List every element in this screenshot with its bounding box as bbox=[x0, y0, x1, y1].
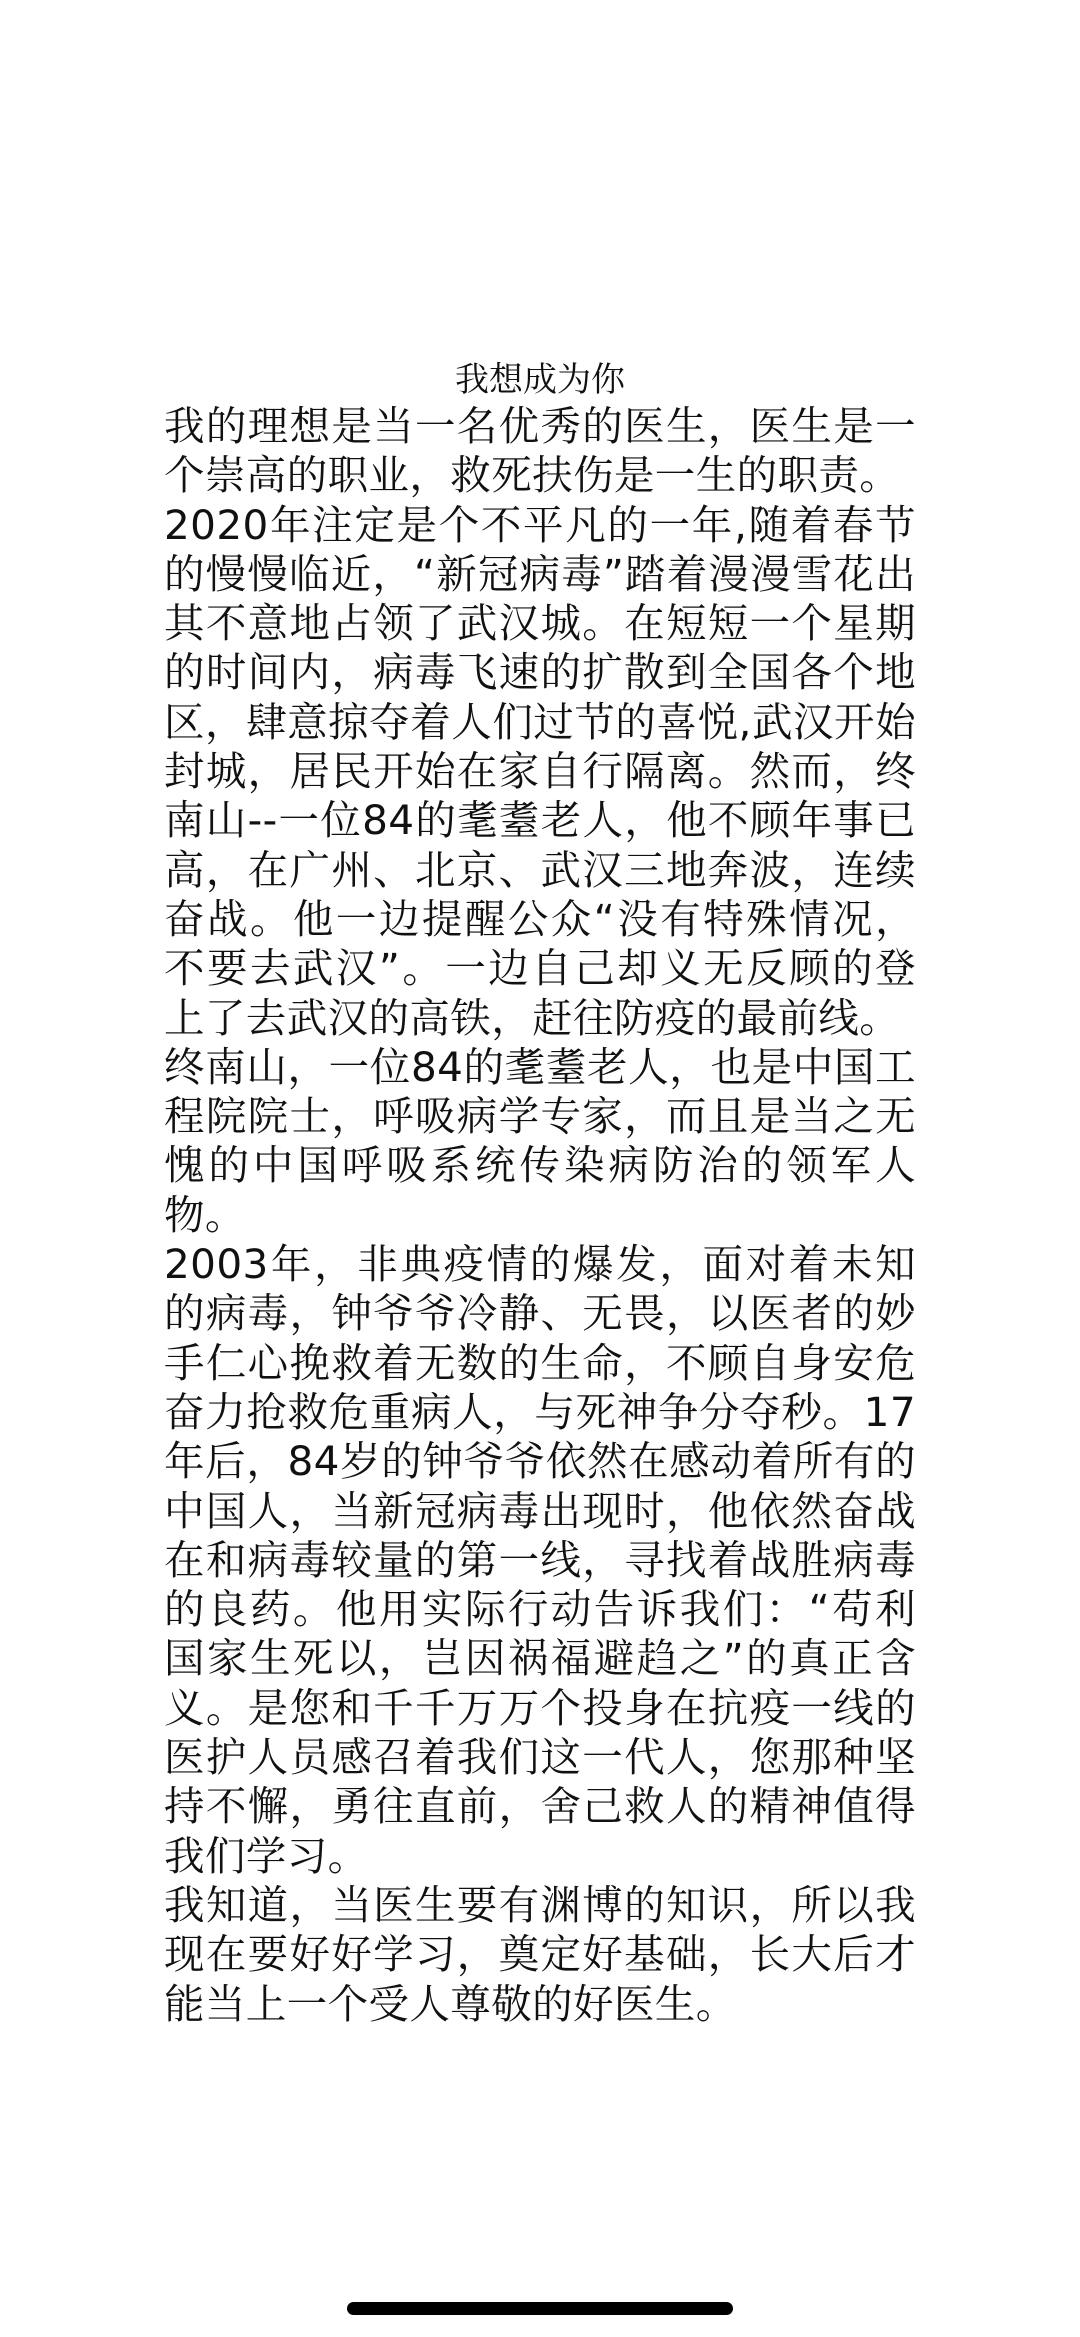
paragraph-2020-outbreak: 2020年注定是个不平凡的一年,随着春节的慢慢临近，“新冠病毒”踏着漫漫雪花出其… bbox=[164, 501, 916, 1043]
home-indicator[interactable] bbox=[347, 2302, 733, 2315]
paragraph-ideal: 我的理想是当一名优秀的医生，医生是一个崇高的职业，救死扶伤是一生的职责。 bbox=[164, 402, 916, 501]
essay-title: 我想成为你 bbox=[164, 358, 916, 402]
paragraph-conclusion: 我知道，当医生要有渊博的知识，所以我现在要好好学习，奠定好基础，长大后才能当上一… bbox=[164, 1881, 916, 2029]
essay-document: 我想成为你 我的理想是当一名优秀的医生，医生是一个崇高的职业，救死扶伤是一生的职… bbox=[164, 358, 916, 2029]
paragraph-zhong-nanshan: 终南山，一位84的耄耋老人，也是中国工程院院士，呼吸病学专家，而且是当之无愧的中… bbox=[164, 1043, 916, 1240]
paragraph-2003-sars: 2003年，非典疫情的爆发，面对着未知的病毒，钟爷爷冷静、无畏，以医者的妙手仁心… bbox=[164, 1240, 916, 1881]
